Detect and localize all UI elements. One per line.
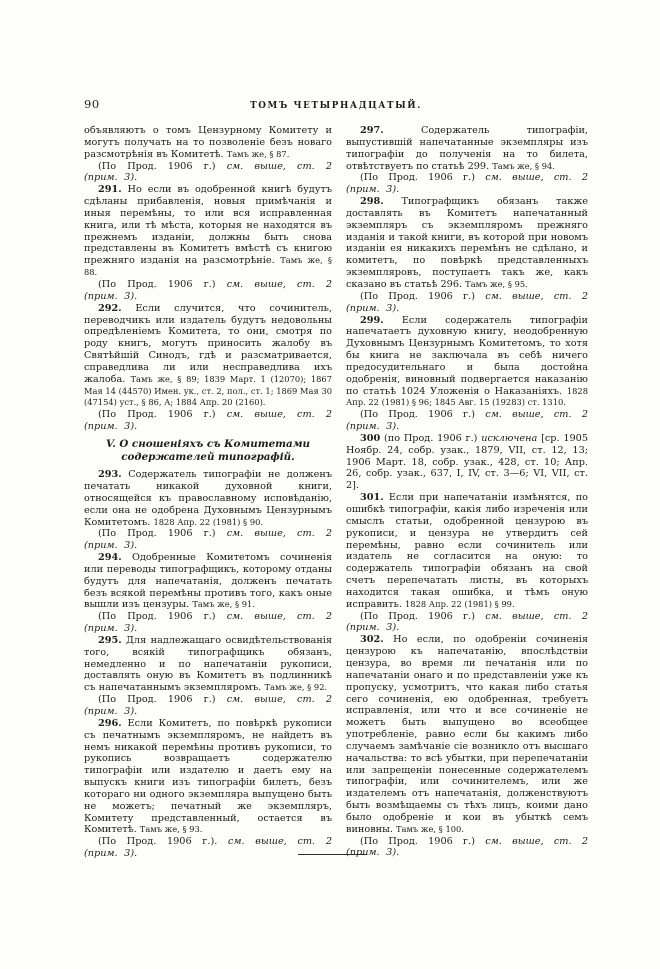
text-segment-small: Тамъ же, § 92. <box>264 682 327 692</box>
article-paragraph: 294. Одобренные Комитетомъ сочиненія или… <box>84 552 332 611</box>
article-paragraph: 296. Если Комитетъ, по повѣркѣ рукописи … <box>84 718 332 836</box>
text-segment-plain: (По Прод. 1906 г.) <box>360 291 485 302</box>
text-segment-small: Тамъ же, § 87. <box>227 149 290 159</box>
note-paragraph: (По Прод. 1906 г.) см. выше, ст. 2 (прим… <box>346 836 588 860</box>
note-paragraph: (По Прод. 1906 г.) см. выше, ст. 2 (прим… <box>346 611 588 635</box>
article-paragraph: 295. Для надлежащаго освидѣтельствованія… <box>84 635 332 694</box>
text-segment-plain: (По Прод. 1906 г.) <box>98 161 227 172</box>
text-segment-bold: 302. <box>360 634 384 645</box>
text-segment-plain: (По Прод. 1906 г.) <box>360 836 485 847</box>
text-segment-plain: (По Прод. 1906 г.) <box>360 611 485 622</box>
text-segment-bold: 300 <box>360 433 380 444</box>
text-segment-small: Тамъ же, § 95. <box>465 279 528 289</box>
page-header: 90 ТОМЪ ЧЕТЫРНАДЦАТЫЙ. <box>84 97 588 115</box>
note-paragraph: (По Прод. 1906 г.) см. выше, ст. 2 (прим… <box>84 161 332 185</box>
text-segment-small: Тамъ же, § 100. <box>396 824 464 834</box>
text-segment-bold: 295. <box>98 635 122 646</box>
article-paragraph: 301. Если при напечатаніи измѣнятся, по … <box>346 492 588 610</box>
article-paragraph: 292. Если случится, что сочинитель, пере… <box>84 303 332 410</box>
note-paragraph: (По Прод. 1906 г.) см. выше, ст. 2 (прим… <box>84 611 332 635</box>
text-segment-plain: объявляютъ о томъ Цензурному Комитету и … <box>84 125 332 160</box>
right-column: 297. Содержатель типографіи, выпустившій… <box>346 125 588 860</box>
note-paragraph: (По Прод. 1906 г.) см. выше, ст. 2 (прим… <box>346 172 588 196</box>
text-segment-small: Тамъ же, § 91. <box>192 599 255 609</box>
text-segment-bold: 299. <box>360 315 384 326</box>
text-segment-plain: (По Прод. 1906 г.) <box>98 611 227 622</box>
book-page: 90 ТОМЪ ЧЕТЫРНАДЦАТЫЙ. объявляютъ о томъ… <box>0 0 660 969</box>
text-segment-plain: (По Прод. 1906 г.) <box>98 409 227 420</box>
text-segment-bold: 293. <box>98 469 122 480</box>
text-segment-bold: 296. <box>98 718 122 729</box>
text-segment-plain: Если Комитетъ, по повѣркѣ рукописи съ пе… <box>84 718 332 836</box>
text-segment-plain: Если случится, что сочинитель, переводчи… <box>84 303 332 385</box>
text-segment-plain: (По Прод. 1906 г.) <box>98 528 227 539</box>
note-paragraph: (По Прод. 1906 г.). см. выше, ст. 2 (при… <box>84 836 332 860</box>
article-paragraph: 293. Содержатель типографіи не долженъ п… <box>84 469 332 528</box>
note-paragraph: (По Прод. 1906 г.) см. выше, ст. 2 (прим… <box>84 279 332 303</box>
text-segment-plain: (по Прод. 1906 г.) <box>380 433 481 444</box>
text-segment-bold: 301. <box>360 492 384 503</box>
note-paragraph: (По Прод. 1906 г.) см. выше, ст. 2 (прим… <box>84 694 332 718</box>
text-segment-small: Тамъ же, § 93. <box>140 824 203 834</box>
text-segment-italic: исключена <box>481 433 537 444</box>
text-segment-small: 1828 Апр. 22 (1981) § 99. <box>405 599 515 609</box>
continuation-paragraph: объявляютъ о томъ Цензурному Комитету и … <box>84 125 332 161</box>
article-paragraph: 291. Но если въ одобренной книгѣ будутъ … <box>84 184 332 279</box>
article-paragraph: 299. Если содержатель типографіи напечат… <box>346 315 588 410</box>
note-paragraph: (По Прод. 1906 г.) см. выше, ст. 2 (прим… <box>346 291 588 315</box>
text-segment-small: Тамъ же, § 94. <box>492 161 555 171</box>
text-segment-bold: 294. <box>98 552 122 563</box>
running-title: ТОМЪ ЧЕТЫРНАДЦАТЫЙ. <box>84 101 588 111</box>
text-segment-plain: (По Прод. 1906 г.) <box>360 409 485 420</box>
text-segment-small: 1828 Апр. 22 (1981) § 90. <box>153 517 263 527</box>
text-segment-bold: 292. <box>98 303 122 314</box>
text-segment-bold: 291. <box>98 184 122 195</box>
text-segment-bolditalic: V. О сношеніяхъ съ Комитетами содержател… <box>106 438 310 463</box>
text-segment-plain: (По Прод. 1906 г.) <box>360 172 485 183</box>
text-segment-plain: Если содержатель типографіи напечатаетъ … <box>346 315 588 397</box>
note-paragraph: (По Прод. 1906 г.) см. выше, ст. 2 (прим… <box>346 409 588 433</box>
text-columns: объявляютъ о томъ Цензурному Комитету и … <box>84 125 588 860</box>
section-end-rule <box>298 854 366 855</box>
text-segment-plain: Типографщикъ обязанъ также доставлять въ… <box>346 196 588 290</box>
text-segment-plain: Но если, по одобреніи сочиненія цензурою… <box>346 634 588 835</box>
text-segment-bold: 297. <box>360 125 384 136</box>
article-paragraph: 302. Но если, по одобреніи сочиненія цен… <box>346 634 588 835</box>
text-segment-plain: (По Прод. 1906 г.) <box>98 279 227 290</box>
note-paragraph: (По Прод. 1906 г.) см. выше, ст. 2 (прим… <box>84 528 332 552</box>
article-paragraph: 298. Типографщикъ обязанъ также доставля… <box>346 196 588 291</box>
note-paragraph: (По Прод. 1906 г.) см. выше, ст. 2 (прим… <box>84 409 332 433</box>
text-segment-plain: (По Прод. 1906 г.). <box>98 836 228 847</box>
text-segment-plain: Если при напечатаніи измѣнятся, по ошибк… <box>346 492 588 610</box>
article-paragraph: 300 (по Прод. 1906 г.) исключена [ср. 19… <box>346 433 588 492</box>
article-paragraph: 297. Содержатель типографіи, выпустившій… <box>346 125 588 172</box>
text-segment-bold: 298. <box>360 196 384 207</box>
section-heading: V. О сношеніяхъ съ Комитетами содержател… <box>90 438 326 463</box>
text-segment-plain: Но если въ одобренной книгѣ будутъ сдѣла… <box>84 184 332 266</box>
left-column: объявляютъ о томъ Цензурному Комитету и … <box>84 125 332 860</box>
text-segment-plain: (По Прод. 1906 г.) <box>98 694 227 705</box>
